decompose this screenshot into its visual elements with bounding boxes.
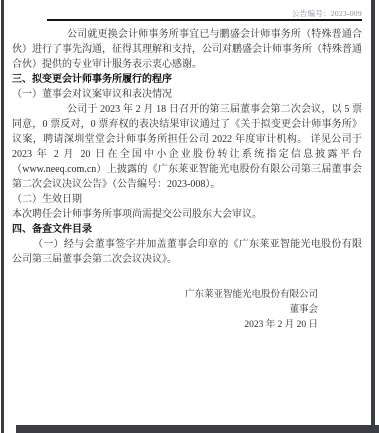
paragraph-board-resolution: 公司于 2023 年 2 月 18 日召开的第三届董事会第二次会议，以 5 票同… [12, 102, 362, 192]
subheading-effective-date: （二）生效日期 [12, 192, 362, 207]
scanned-page: 公告编号：2023-009 公司就更换会计师事务所事宜已与鹏盛会计师事务所（特殊… [0, 0, 379, 433]
scan-edge-right [371, 0, 375, 433]
paragraph-effective-date: 本次聘任会计师事务所事项尚需提交公司股东大会审议。 [12, 207, 362, 222]
header-rule [47, 19, 362, 21]
section-heading-procedures: 三、拟变更会计师事务所履行的程序 [12, 72, 362, 87]
paragraph-reference-documents: （一）经与会董事签字并加盖董事会印章的《广东莱亚智能光电股份有限公司第三届董事会… [12, 237, 362, 267]
signature-company: 广东莱亚智能光电股份有限公司 [12, 288, 318, 303]
paragraph-acknowledgement: 公司就更换会计师事务所事宜已与鹏盛会计师事务所（特殊普通合伙）进行了事先沟通，征… [12, 27, 362, 72]
signature-date: 2023 年 2 月 20 日 [12, 318, 318, 333]
document-body: 公司就更换会计师事务所事宜已与鹏盛会计师事务所（特殊普通合伙）进行了事先沟通，征… [12, 27, 362, 333]
announcement-number: 公告编号：2023-009 [292, 8, 362, 19]
scan-edge-bottom [16, 425, 379, 433]
signature-block: 广东莱亚智能光电股份有限公司 董事会 2023 年 2 月 20 日 [12, 288, 362, 333]
subheading-board-review: （一）董事会对议案审议和表决情况 [12, 87, 362, 102]
section-heading-reference-documents: 四、备查文件目录 [12, 222, 362, 237]
scan-edge-left [1, 0, 4, 433]
signature-signer: 董事会 [12, 303, 318, 318]
